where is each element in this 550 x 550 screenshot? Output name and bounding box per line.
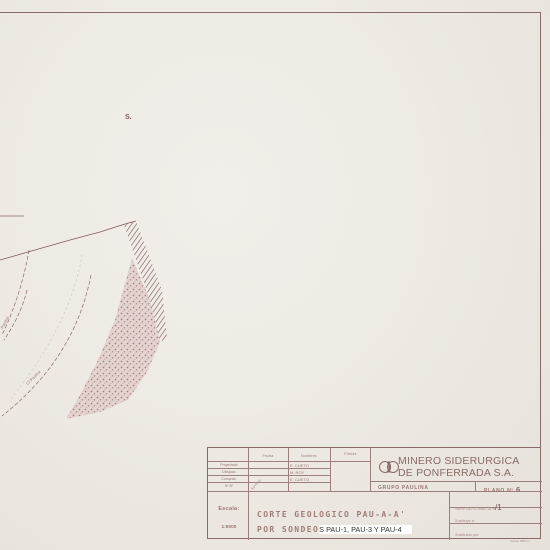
company-logo-icon <box>378 458 400 476</box>
header-fecha: Fecha <box>248 454 288 458</box>
row-label-proyectado: Proyectado <box>210 463 248 467</box>
sustituye-a: Sustituye a: <box>455 519 475 523</box>
grupo-label: GRUPO PAULINA <box>378 485 429 491</box>
row-label-dibujado: Dibujado <box>210 470 248 474</box>
drawing-sheet: S. C/ Paulina Paulina Fecha Nombres Firm… <box>0 0 550 550</box>
sustituido-por: Sustituido por: <box>455 533 479 537</box>
name-dibujado: M. ROY <box>290 470 304 475</box>
header-firmas: Firmas <box>330 452 371 456</box>
row-label-vobo: Nº Bº <box>210 484 248 488</box>
serie-number: Serie GE-G Num 3I-6/1 <box>455 503 502 512</box>
row-label-comprobado: Comprob. <box>210 477 248 481</box>
escala-value: 1:5000 <box>211 525 247 530</box>
drawing-title-line1: CORTE GEOLOGICO PAU-A-A' <box>257 510 406 519</box>
surface-line <box>0 221 136 260</box>
header-nombres: Nombres <box>288 454 330 458</box>
title-block: Fecha Nombres Firmas Proyectado Dibujado… <box>207 447 541 539</box>
name-proyectado: E. CUETO <box>290 463 309 468</box>
name-comprobado: E. CUETO <box>290 477 309 482</box>
plano-number: PLANO Nº 6 <box>484 485 521 494</box>
section-marker-label: S. <box>125 114 132 121</box>
company-name: MINERO SIDERURGICA DE PONFERRADA S.A. <box>398 455 519 479</box>
drawing-title-line2: POR SONDEOS PAU-1, PAU-3 Y PAU-4 <box>257 525 412 534</box>
footer-code: Impreso 1985-2-1 <box>510 540 530 543</box>
escala-label: Escala: <box>211 506 247 512</box>
